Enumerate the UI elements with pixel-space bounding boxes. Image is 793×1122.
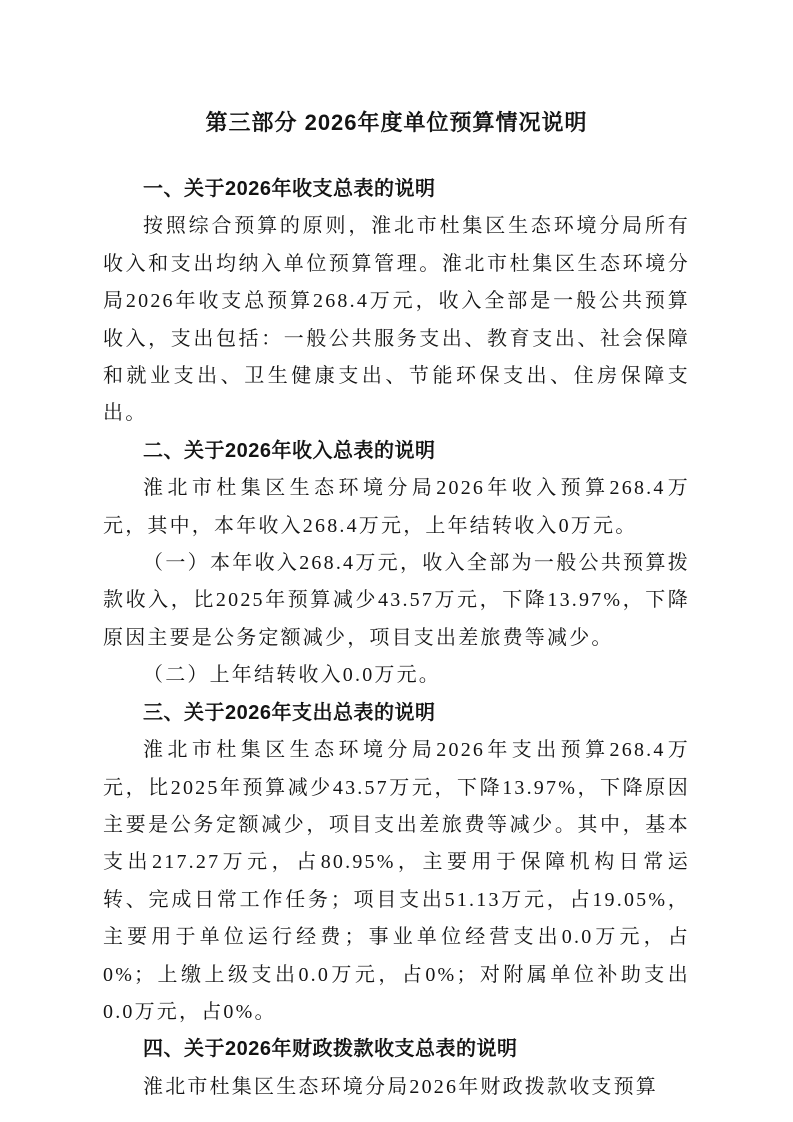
section-2-heading: 二、关于2026年收入总表的说明 (103, 433, 690, 470)
document-title: 第三部分 2026年度单位预算情况说明 (103, 108, 690, 138)
section-2-paragraph-3: （二）上年结转收入0.0万元。 (103, 657, 690, 694)
section-3-paragraph: 淮北市杜集区生态环境分局2026年支出预算268.4万元，比2025年预算减少4… (103, 732, 690, 1031)
section-4-paragraph: 淮北市杜集区生态环境分局2026年财政拨款收支预算 (103, 1069, 690, 1106)
section-1-heading: 一、关于2026年收支总表的说明 (103, 171, 690, 208)
section-3-heading: 三、关于2026年支出总表的说明 (103, 695, 690, 732)
document-page: 第三部分 2026年度单位预算情况说明 一、关于2026年收支总表的说明 按照综… (0, 0, 793, 1122)
section-1-paragraph: 按照综合预算的原则，淮北市杜集区生态环境分局所有收入和支出均纳入单位预算管理。淮… (103, 208, 690, 432)
section-2-paragraph-2: （一）本年收入268.4万元，收入全部为一般公共预算拨款收入，比2025年预算减… (103, 545, 690, 657)
section-4-heading: 四、关于2026年财政拨款收支总表的说明 (103, 1031, 690, 1068)
section-2-paragraph-1: 淮北市杜集区生态环境分局2026年收入预算268.4万元，其中，本年收入268.… (103, 470, 690, 545)
